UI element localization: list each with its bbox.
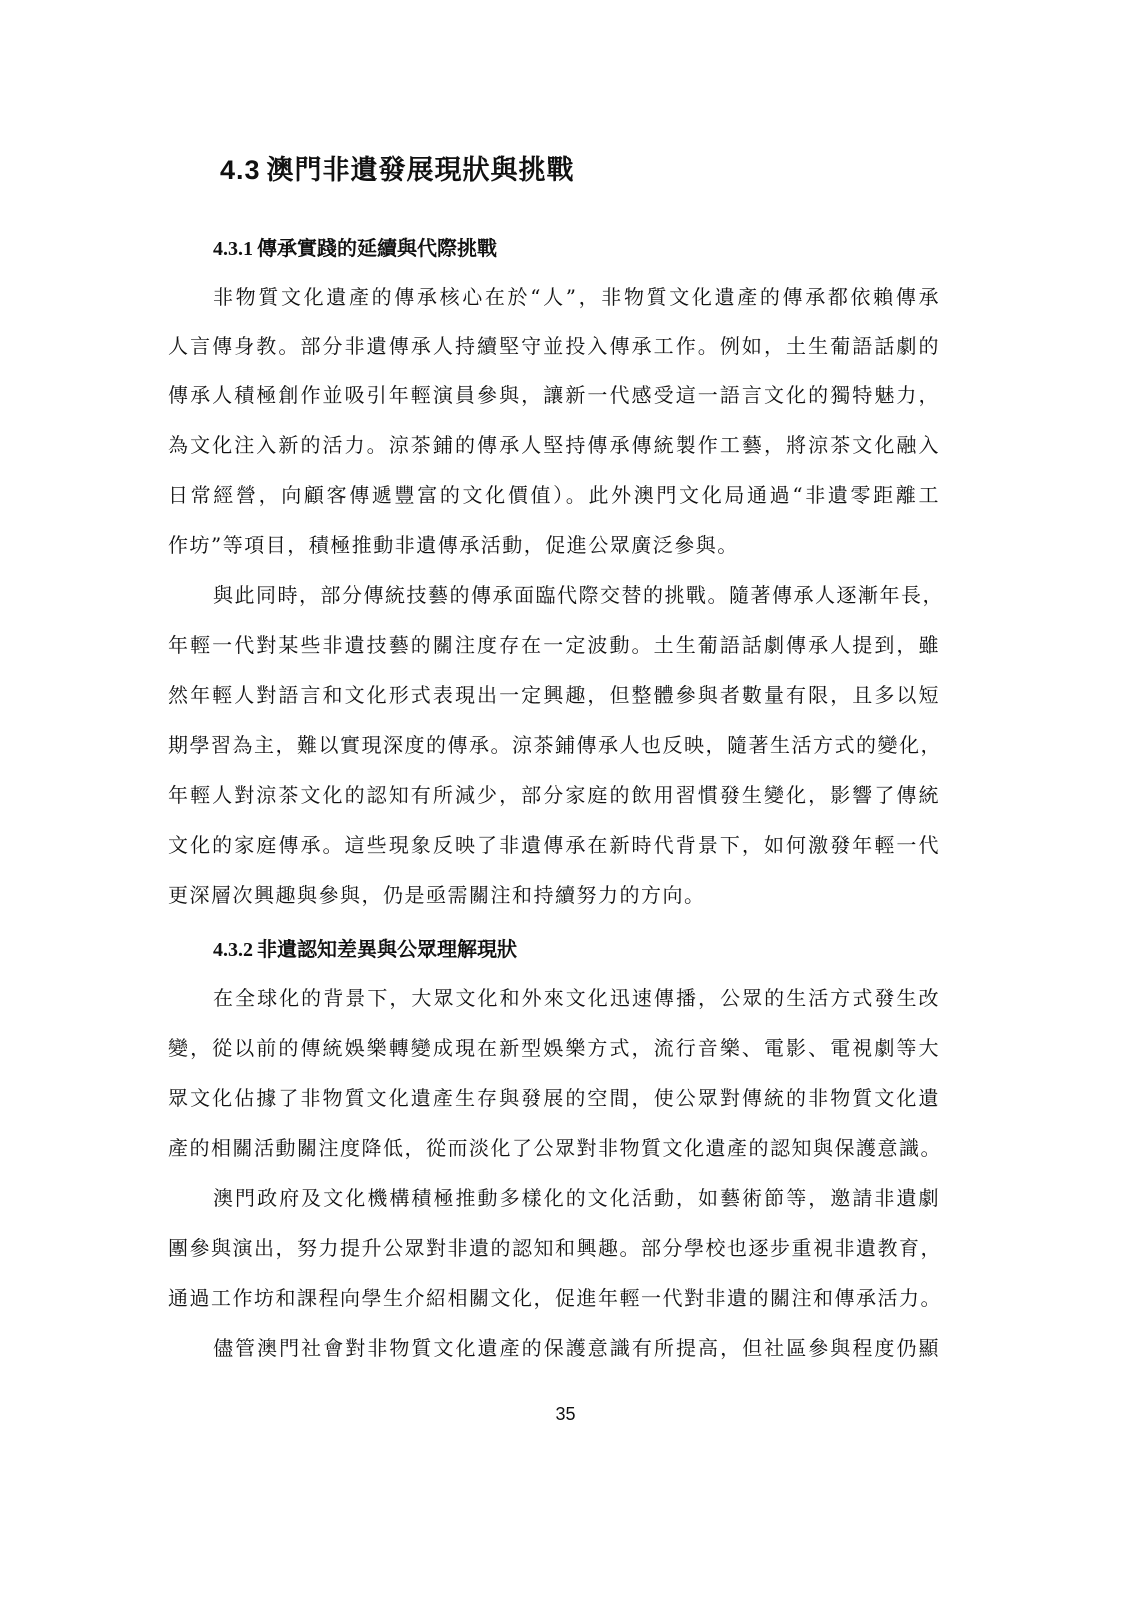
subsection-number: 4.3.1 — [213, 238, 253, 260]
text-line: 更深層次興趣與參與，仍是亟需關注和持續努力的方向。 — [168, 882, 940, 908]
text-line: 澳門政府及文化機構積極推動多樣化的文化活動，如藝術節等，邀請非遺劇 — [213, 1185, 940, 1211]
subsection-heading-4-3-2: 4.3.2非遺認知差異與公眾理解現狀 — [213, 933, 517, 962]
text-line: 傳承人積極創作並吸引年輕演員參與，讓新一代感受這一語言文化的獨特魅力， — [168, 382, 940, 408]
text-line: 非物質文化遺產的傳承核心在於“人”，非物質文化遺產的傳承都依賴傳承 — [213, 284, 940, 310]
text-line: 變，從以前的傳統娛樂轉變成現在新型娛樂方式，流行音樂、電影、電視劇等大 — [168, 1035, 940, 1061]
subsection-number: 4.3.2 — [213, 939, 253, 961]
text-line: 年輕一代對某些非遺技藝的關注度存在一定波動。土生葡語話劇傳承人提到，雖 — [168, 632, 940, 658]
subsection-heading-4-3-1: 4.3.1傳承實踐的延續與代際挑戰 — [213, 232, 497, 261]
text-line: 期學習為主，難以實現深度的傳承。涼茶鋪傳承人也反映，隨著生活方式的變化， — [168, 732, 940, 758]
text-line: 儘管澳門社會對非物質文化遺產的保護意識有所提高，但社區參與程度仍顯 — [213, 1335, 940, 1361]
text-line: 為文化注入新的活力。涼茶鋪的傳承人堅持傳承傳統製作工藝，將涼茶文化融入 — [168, 432, 940, 458]
section-title: 澳門非遺發展現狀與挑戰 — [267, 155, 575, 186]
subsection-title: 非遺認知差異與公眾理解現狀 — [257, 937, 517, 961]
document-page: 4.3澳門非遺發展現狀與挑戰 4.3.1傳承實踐的延續與代際挑戰 非物質文化遺產… — [0, 0, 1131, 1600]
section-heading: 4.3澳門非遺發展現狀與挑戰 — [220, 148, 575, 187]
page-number: 35 — [0, 1404, 1131, 1425]
text-line: 在全球化的背景下，大眾文化和外來文化迅速傳播，公眾的生活方式發生改 — [213, 985, 940, 1011]
subsection-title: 傳承實踐的延續與代際挑戰 — [257, 236, 497, 260]
text-line: 團參與演出，努力提升公眾對非遺的認知和興趣。部分學校也逐步重視非遺教育， — [168, 1235, 940, 1261]
text-line: 年輕人對涼茶文化的認知有所減少，部分家庭的飲用習慣發生變化，影響了傳統 — [168, 782, 940, 808]
text-line: 產的相關活動關注度降低，從而淡化了公眾對非物質文化遺產的認知與保護意識。 — [168, 1135, 940, 1161]
text-line: 作坊”等項目，積極推動非遺傳承活動，促進公眾廣泛參與。 — [168, 532, 940, 558]
text-line: 與此同時，部分傳統技藝的傳承面臨代際交替的挑戰。隨著傳承人逐漸年長， — [213, 582, 940, 608]
text-line: 然年輕人對語言和文化形式表現出一定興趣，但整體參與者數量有限，且多以短 — [168, 682, 940, 708]
text-line: 眾文化佔據了非物質文化遺產生存與發展的空間，使公眾對傳統的非物質文化遺 — [168, 1085, 940, 1111]
text-line: 日常經營，向顧客傳遞豐富的文化價值）。此外澳門文化局通過“非遺零距離工 — [168, 482, 940, 508]
section-number: 4.3 — [220, 155, 261, 185]
text-line: 通過工作坊和課程向學生介紹相關文化，促進年輕一代對非遺的關注和傳承活力。 — [168, 1285, 940, 1311]
text-line: 人言傳身教。部分非遺傳承人持續堅守並投入傳承工作。例如，土生葡語話劇的 — [168, 333, 940, 359]
text-line: 文化的家庭傳承。這些現象反映了非遺傳承在新時代背景下，如何激發年輕一代 — [168, 832, 940, 858]
